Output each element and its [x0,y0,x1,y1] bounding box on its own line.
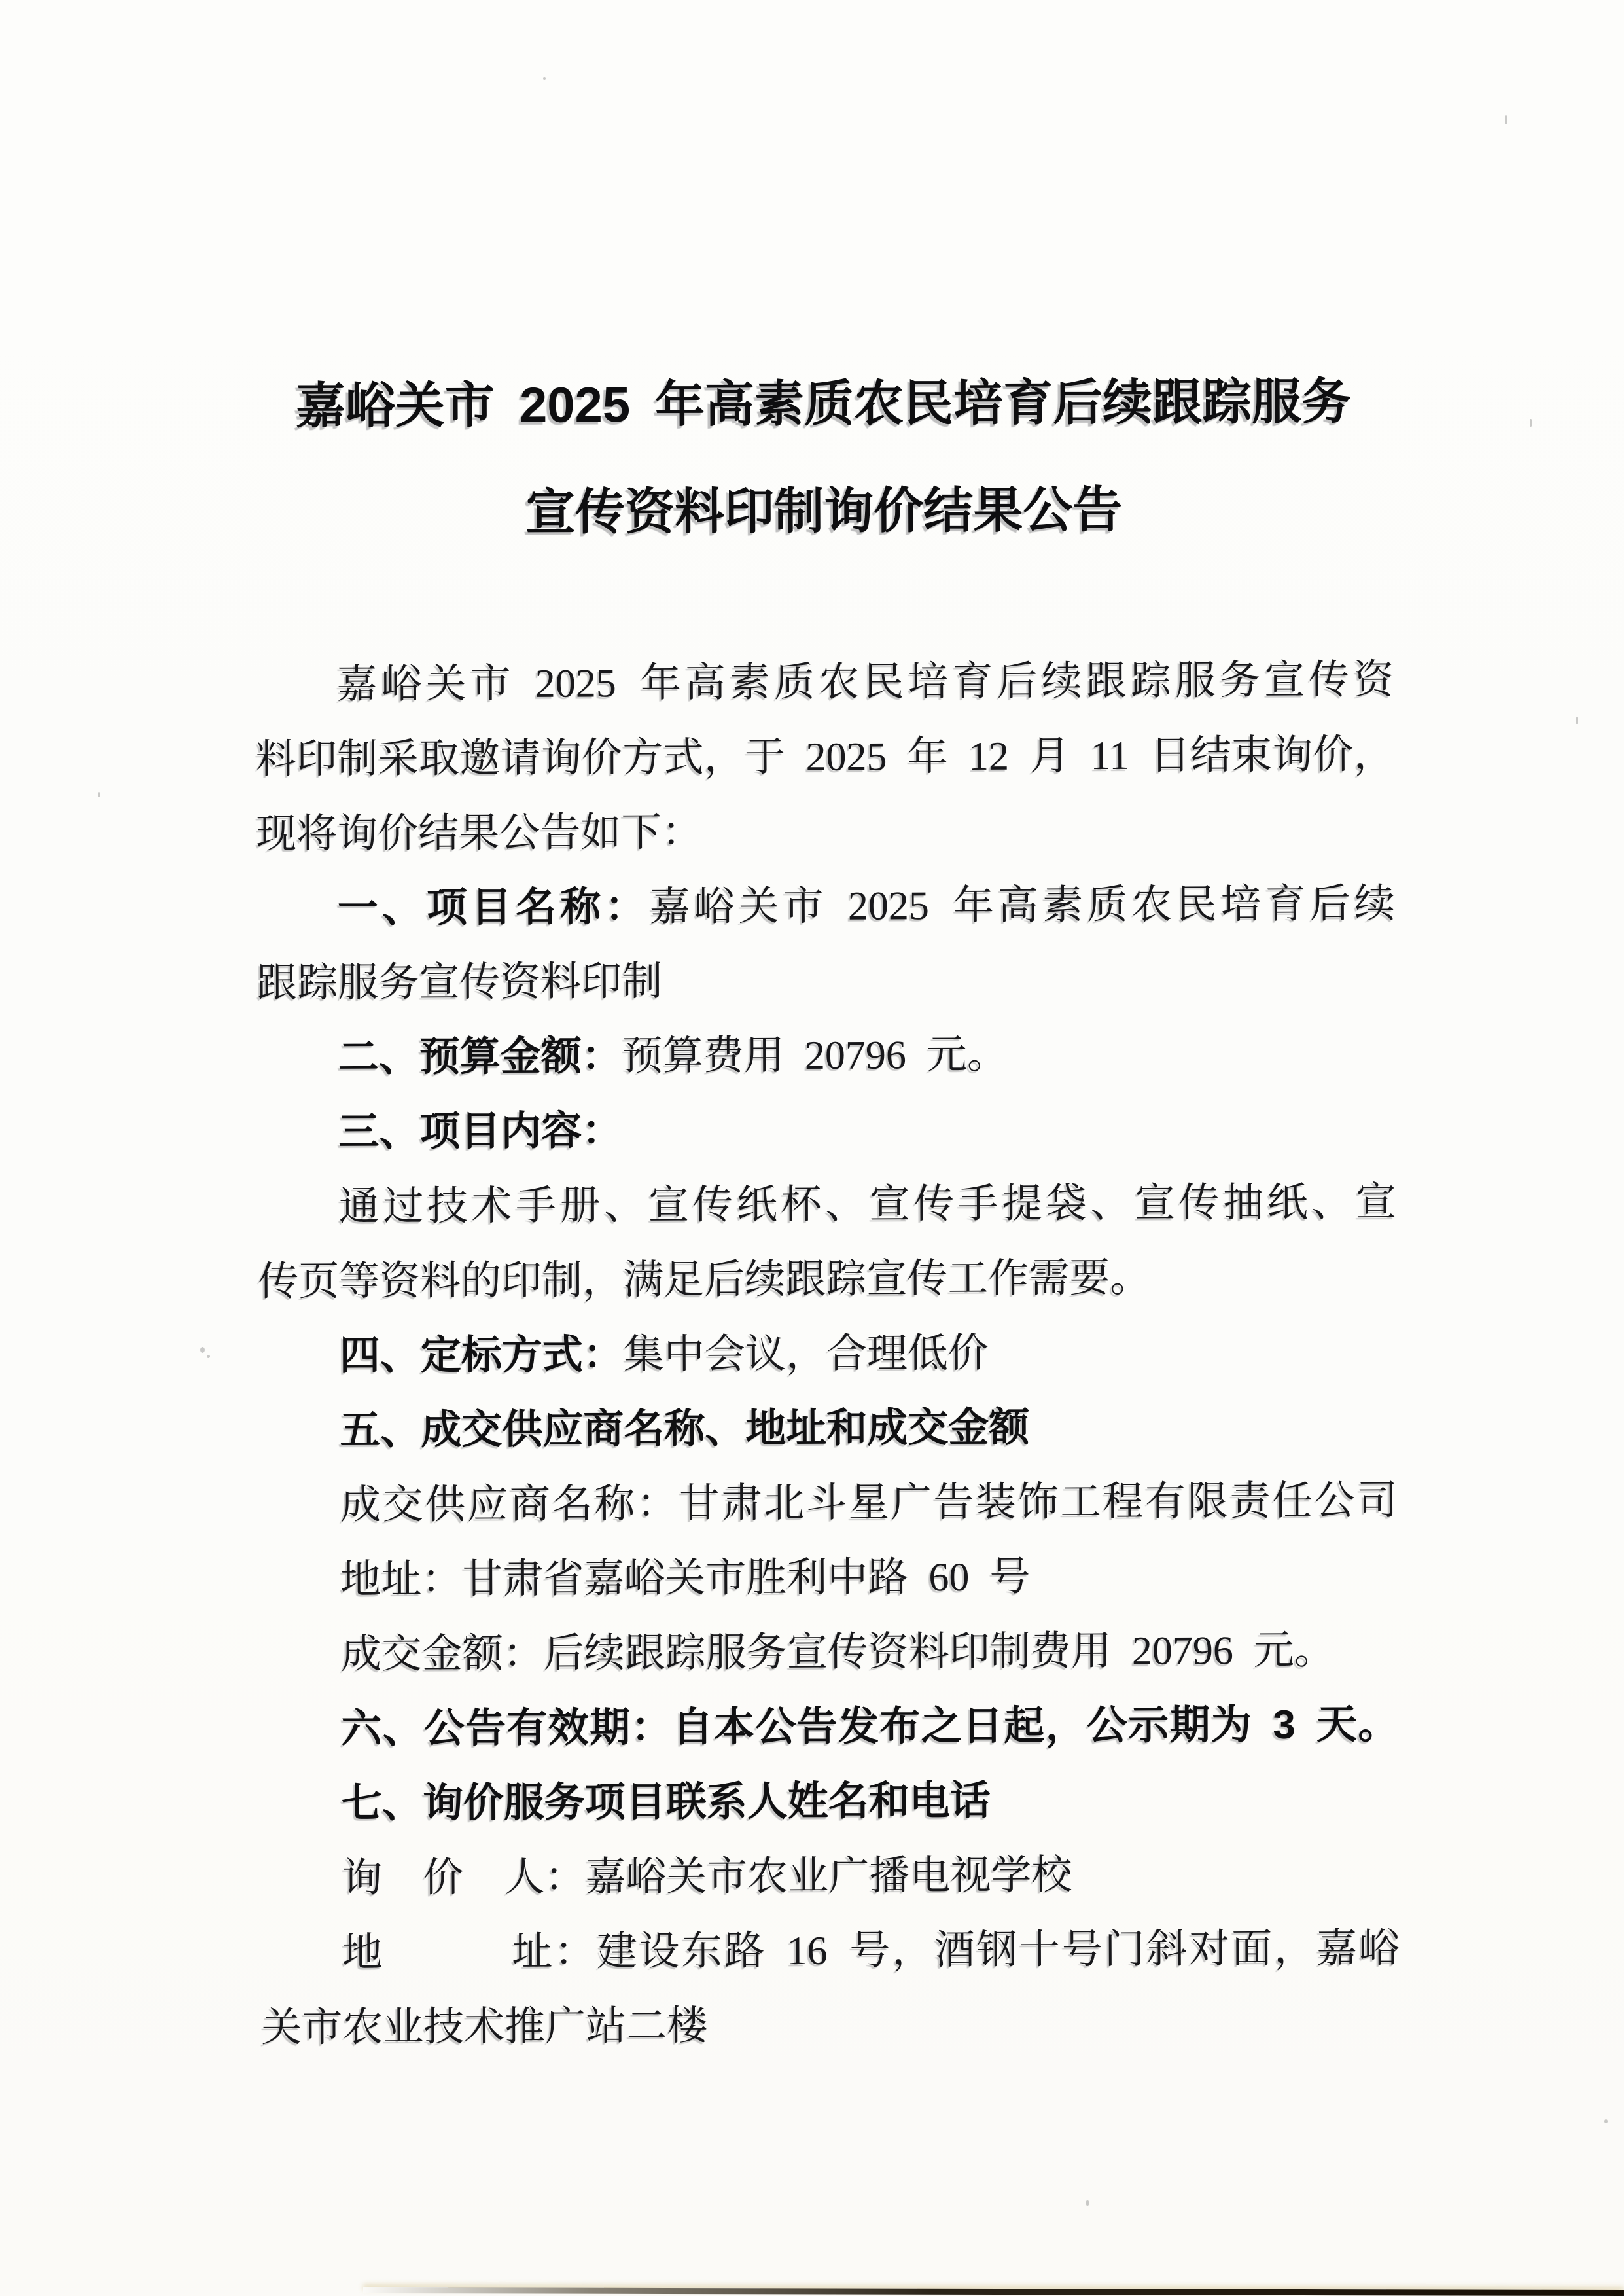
content-heading: 三、项目内容： [257,1090,1396,1170]
section-1-text-continued: 跟踪服务宣传资料印制 [256,960,662,1006]
intro-text-1: 嘉峪关市 2025 年高素质农民培育后续跟踪服务宣传资 [336,658,1394,707]
inquirer-line: 询 价 人：嘉峪关市农业广播电视学校 [260,1837,1399,1916]
section-6-label: 六、公告有效期： [341,1705,673,1751]
scanned-sheet: 嘉峪关市 2025 年高素质农民培育后续跟踪服务 宣传资料印制询价结果公告 嘉峪… [0,0,1624,2296]
content-line-1: 通过技术手册、宣传纸杯、宣传手提袋、宣传抽纸、宣 [258,1165,1396,1245]
contact-address-text-2: 关市农业技术推广站二楼 [261,2004,707,2051]
scan-speck [207,1355,210,1358]
section-3-label: 三、项目内容： [338,1108,622,1155]
scan-speck [200,1347,205,1353]
section-1-label: 一、项目名称： [338,884,650,931]
supplier-name-text: 成交供应商名称：甘肃北斗星广告装饰工程有限责任公司 [340,1479,1398,1528]
document-page: 嘉峪关市 2025 年高素质农民培育后续跟踪服务 宣传资料印制询价结果公告 嘉峪… [0,0,1624,2296]
doc-body: 嘉峪关市 2025 年高素质农民培育后续跟踪服务宣传资 料印制采取邀请询价方式，… [255,643,1400,2066]
intro-text-3: 现将询价结果公告如下： [256,810,702,857]
award-amount-text: 成交金额：后续跟踪服务宣传资料印制费用 20796 元。 [341,1628,1335,1677]
doc-title-line-2: 宣传资料印制询价结果公告 [255,456,1394,568]
project-name-line-1: 一、项目名称：嘉峪关市 2025 年高素质农民培育后续 [256,867,1395,946]
scan-speck [1505,115,1507,124]
doc-title: 嘉峪关市 2025 年高素质农民培育后续跟踪服务 宣传资料印制询价结果公告 [254,348,1393,568]
supplier-heading: 五、成交供应商名称、地址和成交金额 [258,1389,1397,1469]
content-line-2: 传页等资料的印制，满足后续跟踪宣传工作需要。 [258,1240,1396,1319]
section-5-label: 五、成交供应商名称、地址和成交金额 [340,1405,1029,1454]
contact-address-line-2: 关市农业技术推广站二楼 [261,1986,1400,2066]
scan-speck [1576,717,1578,724]
award-method-line: 四、定标方式：集中会议，合理低价 [258,1314,1397,1394]
document-content: 嘉峪关市 2025 年高素质农民培育后续跟踪服务 宣传资料印制询价结果公告 嘉峪… [253,0,1400,2066]
doc-title-line-1: 嘉峪关市 2025 年高素质农民培育后续跟踪服务 [254,348,1393,461]
section-4-text: 集中会议，合理低价 [624,1331,989,1377]
contact-heading: 七、询价服务项目联系人姓名和电话 [260,1762,1399,1842]
supplier-name-line: 成交供应商名称：甘肃北斗星广告装饰工程有限责任公司 [259,1463,1398,1543]
contact-address-text-1: 地 址：建设东路 16 号，酒钢十号门斜对面，嘉峪 [342,1926,1400,1975]
intro-line-3: 现将询价结果公告如下： [256,792,1394,872]
section-3-text-1: 通过技术手册、宣传纸杯、宣传手提袋、宣传抽纸、宣 [339,1180,1396,1229]
intro-line-1: 嘉峪关市 2025 年高素质农民培育后续跟踪服务宣传资 [255,643,1394,723]
intro-text-2: 料印制采取邀请询价方式，于 2025 年 12 月 11 日结束询价， [256,732,1394,782]
budget-line: 二、预算金额：预算费用 20796 元。 [257,1016,1396,1096]
inquirer-text: 询 价 人：嘉峪关市农业广播电视学校 [342,1853,1072,1901]
scan-speck [1604,2119,1608,2123]
supplier-address-line: 地址：甘肃省嘉峪关市胜利中路 60 号 [259,1538,1398,1618]
section-3-text-2: 传页等资料的印制，满足后续跟踪宣传工作需要。 [258,1256,1150,1304]
scan-speck [1530,419,1532,427]
award-amount-line: 成交金额：后续跟踪服务宣传资料印制费用 20796 元。 [260,1613,1398,1693]
section-7-label: 七、询价服务项目联系人姓名和电话 [342,1778,991,1826]
section-6-text: 自本公告发布之日起，公示期为 3 天。 [673,1702,1399,1750]
section-4-label: 四、定标方式： [340,1332,624,1378]
intro-line-2: 料印制采取邀请询价方式，于 2025 年 12 月 11 日结束询价， [256,717,1394,797]
section-2-label: 二、预算金额： [338,1033,622,1080]
scan-speck [543,77,546,80]
scan-speck [98,792,100,797]
section-2-text: 预算费用 20796 元。 [622,1033,1008,1079]
contact-address-line-1: 地 址：建设东路 16 号，酒钢十号门斜对面，嘉峪 [261,1911,1400,1991]
project-name-line-2: 跟踪服务宣传资料印制 [256,941,1395,1021]
validity-line: 六、公告有效期：自本公告发布之日起，公示期为 3 天。 [260,1687,1398,1767]
scan-speck [1086,2200,1089,2206]
supplier-address-text: 地址：甘肃省嘉峪关市胜利中路 60 号 [340,1555,1030,1603]
section-1-text: 嘉峪关市 2025 年高素质农民培育后续 [649,882,1395,929]
